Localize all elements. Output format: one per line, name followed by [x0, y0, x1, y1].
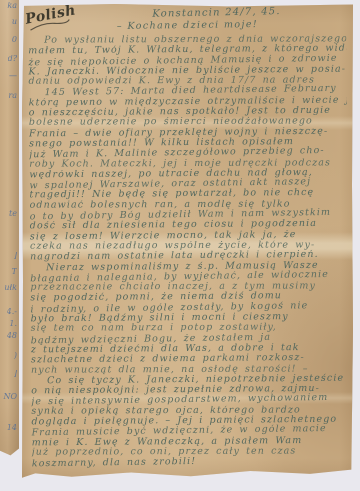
handwriting-line: synka i opieką starego ojca, którego bar…	[31, 405, 349, 417]
letter-body: Po wysłaniu listu obszernego z dnia wczo…	[28, 34, 350, 469]
adjacent-page-edge: kau0d?—rate]Tułk4.-1.48)]NO14	[0, 0, 19, 460]
scanned-letter-image: kau0d?—rate]Tułk4.-1.48)]NO14 Polish Kon…	[0, 0, 360, 491]
edge-ink-fragment: 1.	[9, 320, 17, 328]
handwriting-line: nych wnucząt dla mnie, na osłodę starośc…	[31, 364, 349, 376]
edge-ink-fragment: 48	[7, 332, 17, 340]
edge-ink-fragment: 14	[7, 424, 17, 432]
edge-ink-fragment: ]	[14, 370, 17, 378]
handwriting-line: bolesne uderzenie po śmierci nieodżałowa…	[29, 117, 347, 129]
edge-ink-fragment: 4.-	[7, 308, 17, 316]
edge-ink-fragment: 0	[12, 36, 17, 44]
edge-ink-fragment: T	[12, 268, 17, 276]
edge-ink-fragment: ]	[14, 252, 17, 260]
edge-ink-fragment: ra	[8, 92, 17, 100]
handwriting-line: roby Koch. Mateczki, jej i moje udręczki…	[29, 158, 347, 170]
edge-ink-fragment: ka	[7, 2, 17, 10]
edge-ink-fragment: d?	[8, 55, 17, 63]
edge-ink-fragment: )	[14, 352, 17, 360]
letter-page: Polish Konstancin 24/7, 45. – Kochane dz…	[22, 4, 353, 482]
edge-ink-fragment: —	[9, 72, 17, 80]
edge-ink-fragment: te	[9, 210, 17, 218]
handwriting-line: przeznaczenie chciało inaczej, a z tym m…	[30, 281, 348, 293]
edge-ink-fragment: ułk	[4, 284, 17, 292]
edge-ink-fragment: u	[12, 18, 17, 26]
edge-ink-fragment: NO	[3, 393, 17, 401]
